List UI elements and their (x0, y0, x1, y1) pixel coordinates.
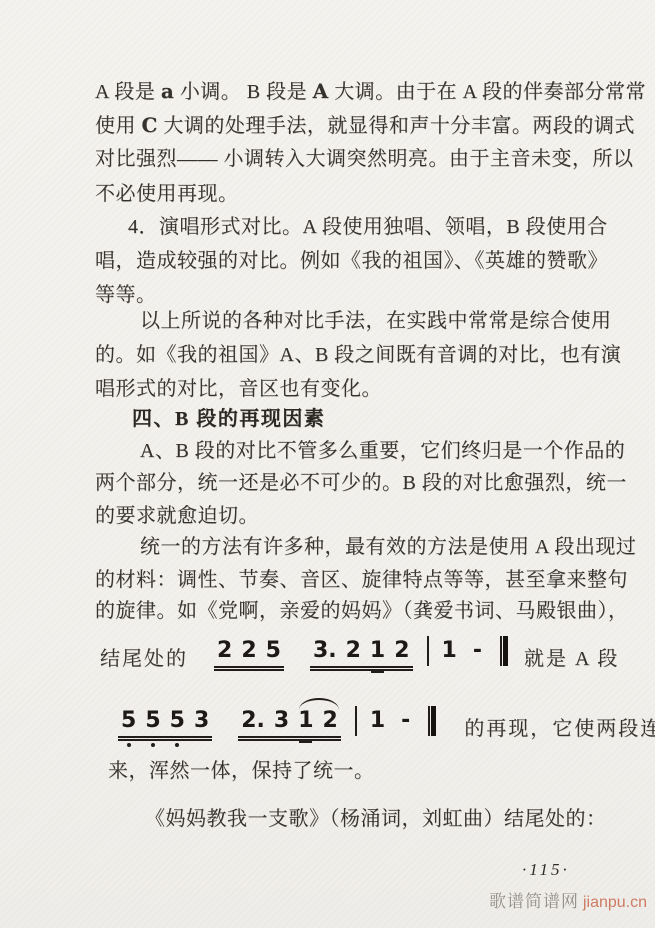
notation-suffix-text: 就是 A 段 (524, 640, 619, 671)
text-segment: 大调。由于在 A 段的伴奏部分常常 (329, 81, 646, 103)
slurred-note-pair: 1 2 (298, 710, 338, 732)
body-text-line-2: 使用 C 大调的处理手法，就显得和声十分丰富。两段的调式 (95, 112, 635, 139)
body-text-line-15: 统一的方法有许多种，最有效的方法是使用 A 段出现过 (140, 534, 636, 560)
body-text-line-7: 等等。 (95, 282, 157, 308)
jianpu-note: 3. (313, 640, 337, 662)
bold-key-letter: A (313, 79, 329, 103)
jianpu-note: 5 (266, 640, 281, 662)
jianpu-note: 1 (370, 710, 385, 732)
final-barline (428, 706, 436, 736)
beamed-note-group: 2. 3 1 2 (238, 710, 341, 738)
body-text-line-13: 两个部分，统一还是必不可少的。B 段的对比愈强烈，统一 (95, 470, 627, 496)
barline (355, 706, 357, 736)
text-segment: 使用 (95, 115, 142, 137)
jianpu-note: 2 (217, 640, 232, 662)
beamed-note-group: 2 2 5 (214, 640, 284, 668)
page-number: ·115· (522, 860, 570, 880)
jianpu-note: 2 (323, 710, 338, 732)
watermark-site-name: 歌谱简谱网 (489, 892, 579, 911)
body-text-line-1: A 段是 a 小调。 B 段是 A 大调。由于在 A 段的伴奏部分常常 (95, 78, 646, 105)
bold-key-letter: a (161, 79, 174, 103)
notation-prefix-text: 结尾处的 (100, 640, 188, 671)
body-text-line-16: 的材料：调性、节奏、音区、旋律特点等等，甚至拿来整句 (95, 567, 628, 593)
beamed-note-group: 5 5 5 3 (118, 710, 212, 738)
body-text-line-14: 的要求就愈迫切。 (95, 503, 259, 529)
body-text-line-9: 的。如《我的祖国》A、B 段之间既有音调的对比，也有演 (95, 342, 621, 368)
jianpu-dash: - (401, 710, 410, 732)
jianpu-note-low-octave: 5 (145, 710, 160, 732)
body-text-line-4: 不必使用再现。 (95, 181, 239, 207)
beamed-note-group: 3. 2 1 2 (310, 640, 413, 668)
final-barline (500, 636, 508, 666)
jianpu-note: 2 (394, 640, 409, 662)
body-text-line-12: A、B 段的对比不管多么重要，它们终归是一个作品的 (140, 438, 625, 464)
body-text-line-5: 4．演唱形式对比。A 段使用独唱、领唱，B 段使用合 (128, 214, 608, 240)
jianpu-note: 3 (274, 710, 289, 732)
barline (427, 636, 429, 666)
body-text-line-19: 《妈妈教我一支歌》（杨涌词，刘虹曲）结尾处的： (145, 806, 607, 832)
jianpu-note: 2. (241, 710, 265, 732)
body-text-line-3: 对比强烈—— 小调转入大调突然明亮。由于主音未变，所以 (95, 146, 634, 172)
body-text-line-17: 的旋律。如《党啊，亲爱的妈妈》（龚爱书词、马殿银曲）， (95, 598, 629, 624)
watermark-site-url: jianpu.cn (583, 894, 647, 911)
jianpu-note: 1 (442, 640, 457, 662)
jianpu-note: 2 (346, 640, 361, 662)
jianpu-note: 1 (298, 710, 313, 732)
music-notation-line-1: 结尾处的 2 2 5 3. 2 1 2 1 - 就是 A 段 (100, 640, 619, 671)
text-segment: 大调的处理手法，就显得和声十分丰富。两段的调式 (158, 115, 635, 137)
text-segment: A 段是 (95, 81, 161, 103)
jianpu-note-low-octave: 5 (121, 710, 136, 732)
body-text-line-6: 唱，造成较强的对比。例如《我的祖国》、《英雄的赞歌》 (95, 248, 608, 274)
jianpu-note: 2 (241, 640, 256, 662)
jianpu-dash: - (473, 640, 482, 662)
text-segment: 小调。 B 段是 (174, 81, 312, 103)
body-text-line-18: 来，浑然一体，保持了统一。 (108, 758, 375, 784)
jianpu-note-low-octave: 5 (170, 710, 185, 732)
watermark: 歌谱简谱网jianpu.cn (489, 887, 647, 912)
body-text-line-10: 唱形式的对比，音区也有变化。 (95, 376, 382, 402)
music-notation-line-2: 5 5 5 3 2. 3 1 2 1 - 的再现，它使两段连接起 (118, 710, 655, 741)
scanned-book-page: A 段是 a 小调。 B 段是 A 大调。由于在 A 段的伴奏部分常常 使用 C… (0, 0, 655, 928)
section-heading: 四、B 段的再现因素 (132, 406, 325, 432)
body-text-line-8: 以上所说的各种对比手法，在实践中常常是综合使用 (140, 308, 612, 334)
notation-suffix-text: 的再现，它使两段连接起 (464, 710, 655, 741)
bold-key-letter: C (142, 113, 158, 137)
jianpu-note: 1 (370, 640, 385, 662)
jianpu-note: 3 (194, 710, 209, 732)
